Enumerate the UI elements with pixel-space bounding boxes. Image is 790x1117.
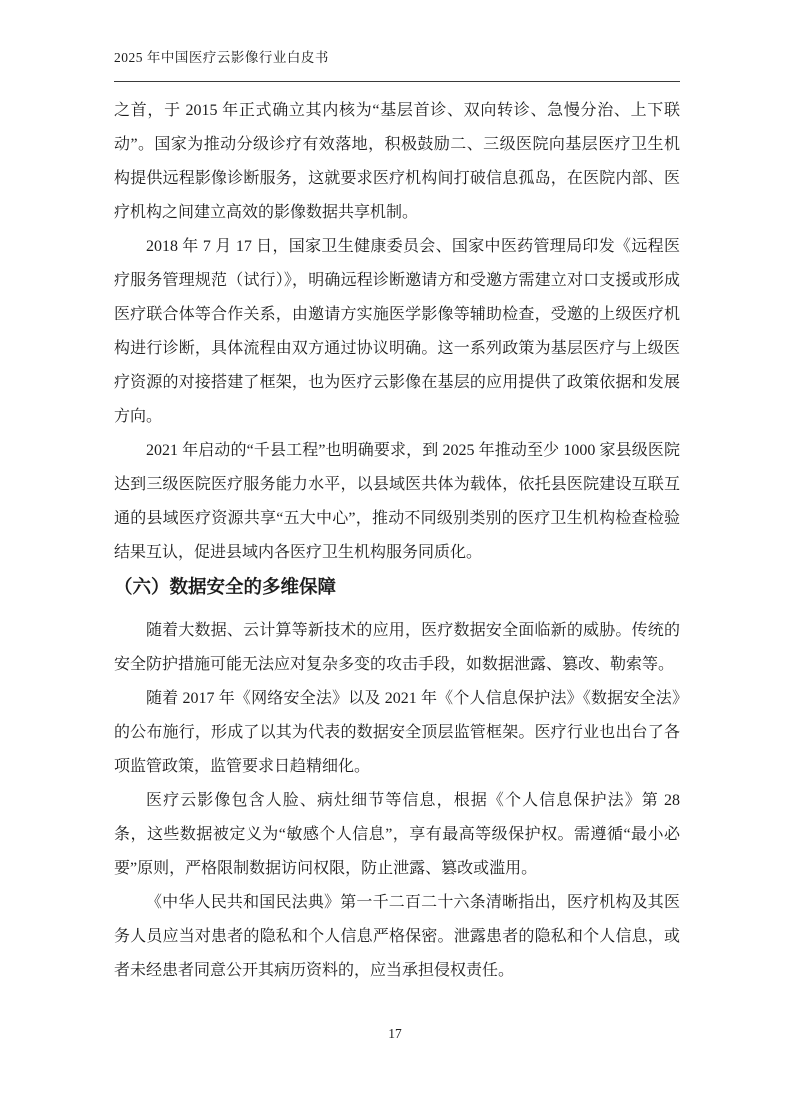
body-paragraph: 《中华人民共和国民法典》第一千二百二十六条清晰指出，医疗机构及其医务人员应当对患… xyxy=(114,886,680,988)
page-header: 2025 年中国医疗云影像行业白皮书 xyxy=(114,48,680,82)
section-heading: （六）数据安全的多维保障 xyxy=(114,574,680,602)
body-paragraph: 随着大数据、云计算等新技术的应用，医疗数据安全面临新的威胁。传统的安全防护措施可… xyxy=(114,614,680,682)
body-paragraph: 2021 年启动的“千县工程”也明确要求，到 2025 年推动至少 1000 家… xyxy=(114,434,680,570)
body-text: 之首，于 2015 年正式确立其内核为“基层首诊、双向转诊、急慢分治、上下联动”… xyxy=(114,94,680,988)
document-page: 2025 年中国医疗云影像行业白皮书 之首，于 2015 年正式确立其内核为“基… xyxy=(0,0,790,1117)
page-content: 2025 年中国医疗云影像行业白皮书 之首，于 2015 年正式确立其内核为“基… xyxy=(114,0,680,988)
body-paragraph: 之首，于 2015 年正式确立其内核为“基层首诊、双向转诊、急慢分治、上下联动”… xyxy=(114,94,680,230)
body-paragraph: 2018 年 7 月 17 日，国家卫生健康委员会、国家中医药管理局印发《远程医… xyxy=(114,230,680,434)
header-rule xyxy=(114,81,680,82)
page-number: 17 xyxy=(0,1026,790,1042)
body-paragraph: 医疗云影像包含人脸、病灶细节等信息，根据《个人信息保护法》第 28 条，这些数据… xyxy=(114,784,680,886)
header-title: 2025 年中国医疗云影像行业白皮书 xyxy=(114,50,329,65)
body-paragraph: 随着 2017 年《网络安全法》以及 2021 年《个人信息保护法》《数据安全法… xyxy=(114,682,680,784)
